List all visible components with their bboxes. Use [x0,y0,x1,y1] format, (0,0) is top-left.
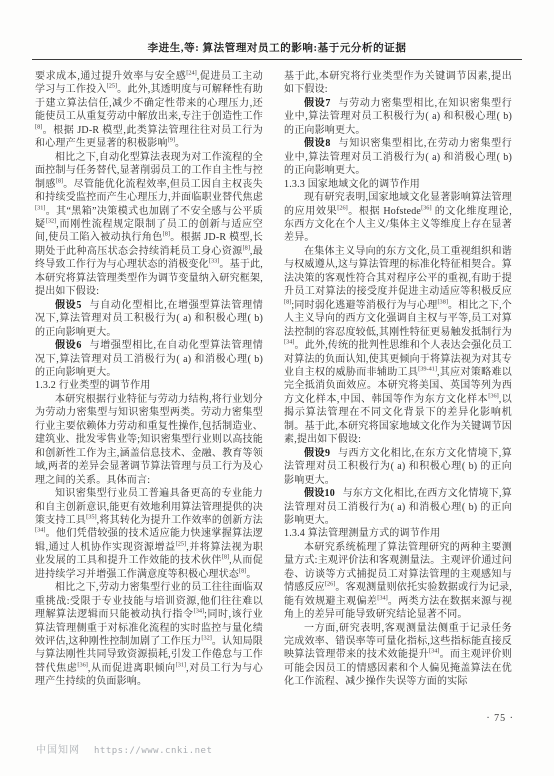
paragraph: 本研究系统梳理了算法管理研究的两种主要测量方式:主观评价法和客观测量法。主观评价… [284,541,512,622]
hypothesis-label: 假设9 [304,448,330,459]
citation-ref: [8] [243,245,250,252]
running-header-title: 李进生,等: 算法管理对员工的影响:基于元分析的证据 [0,40,554,55]
citation-ref: [26] [337,204,348,211]
citation-ref: [34] [284,339,295,346]
citation-ref: [34] [35,527,46,534]
citation-ref: [8] [56,177,63,184]
citation-ref: [32] [46,218,57,225]
citation-ref: [34] [377,594,388,601]
citation-ref: [8] [35,123,42,130]
cnki-watermark: 中国知网 https://www.cnki.net [36,741,212,756]
citation-ref: [35] [86,514,97,521]
paragraph: 基于此,本研究将行业类型作为关键调节因素,提出如下假设: [284,70,512,97]
hypothesis: 假设9与西方文化相比,在东方文化情境下,算法管理对员工积极行为( a) 和积极心… [284,447,512,487]
citation-ref: [25] [107,83,118,90]
citation-ref: [8] [163,231,170,238]
hypothesis: 假设8与知识密集型相比,在劳动力密集型行业中,算法管理对员工消极行为( a) 和… [284,137,512,177]
citation-ref: [36] [488,393,499,400]
citation-ref: [8] [222,554,229,561]
hypothesis: 假设10与东方文化相比,在西方文化情境下,算法管理对员工消极行为( a) 和消极… [284,487,512,527]
running-header: 李进生,等: 算法管理对员工的影响:基于元分析的证据 [0,0,554,60]
section-heading: 1.3.2 行业类型的调节作用 [35,379,263,392]
header-divider [32,59,522,60]
hypothesis-label: 假设6 [55,340,82,351]
citation-ref: [36] [421,204,432,211]
hypothesis: 假设6与增强型相比,在自动化型算法管理情况下,算法管理对员工消极行为( a) 和… [35,339,263,379]
citation-ref: [33] [209,258,220,265]
paragraph: 知识密集型行业员工普遍具备更高的专业能力和自主创新意识,能更有效地利用算法管理提… [35,487,263,581]
citation-ref: [34] [429,648,440,655]
citation-ref: [31] [35,204,46,211]
hypothesis: 假设5与自动化型相比,在增强型算法管理情况下,算法管理对员工积极行为( a) 和… [35,299,263,339]
paper-page: 李进生,等: 算法管理对员工的影响:基于元分析的证据 要求成本,通过提升效率与安… [0,0,554,776]
left-column: 要求成本,通过提升效率与安全感[24],促进员工主动学习与工作投入[25]。此外… [35,70,263,689]
citation-ref: [36] [77,662,88,669]
paragraph: 现有研究表明,国家地域文化显著影响算法管理的应用效果[26]。根据 Hofste… [284,191,512,245]
paragraph: 在集体主义导向的东方文化,员工重视组织和谐与权威遵从,这与算法管理的标准化特征相… [284,245,512,447]
hypothesis-label: 假设5 [55,300,82,311]
citation-ref: [9] [168,137,175,144]
paragraph: 相比之下,自动化型算法表现为对工作流程的全面控制与任务替代,显著削弱员工的工作自… [35,151,263,299]
citation-ref: [8] [284,298,291,305]
cnki-watermark-chinese: 中国知网 [36,741,80,756]
section-heading: 1.3.3 国家地域文化的调节作用 [284,178,512,191]
citation-ref: [25] [176,541,187,548]
cnki-watermark-url: https://www.cnki.net [94,746,212,756]
citation-ref: [8] [239,567,246,574]
two-column-body: 要求成本,通过提升效率与安全感[24],促进员工主动学习与工作投入[25]。此外… [35,70,520,689]
citation-ref: [24] [186,70,197,77]
paragraph: 一方面,研究表明,客观测量法侧重于记录任务完成效率、错误率等可量化指标,这些指标… [284,622,512,689]
citation-ref: [31] [176,662,187,669]
citation-ref: [26] [325,581,336,588]
citation-ref: [38] [437,298,448,305]
page-number: · 75 · [486,713,514,724]
right-column: 基于此,本研究将行业类型作为关键调节因素,提出如下假设:假设7与劳动力密集型相比… [284,70,512,689]
paragraph: 要求成本,通过提升效率与安全感[24],促进员工主动学习与工作投入[25]。此外… [35,70,263,151]
paragraph: 相比之下,劳动力密集型行业的员工往往面临双重挑战:受限于专业技能与培训资源,他们… [35,581,263,689]
hypothesis-label: 假设7 [304,98,331,109]
citation-ref: [32] [201,635,212,642]
hypothesis-label: 假设8 [304,138,331,149]
hypothesis-label: 假设10 [304,488,335,499]
hypothesis: 假设7与劳动力密集型相比,在知识密集型行业中,算法管理对员工积极行为( a) 和… [284,97,512,137]
citation-ref: [39-41] [418,366,437,373]
citation-ref: [34] [194,608,205,615]
section-heading: 1.3.4 算法管理测量方式的调节作用 [284,527,512,540]
paragraph: 本研究根据行业特征与劳动力结构,将行业划分为劳动力密集型与知识密集型两类。劳动力… [35,393,263,487]
